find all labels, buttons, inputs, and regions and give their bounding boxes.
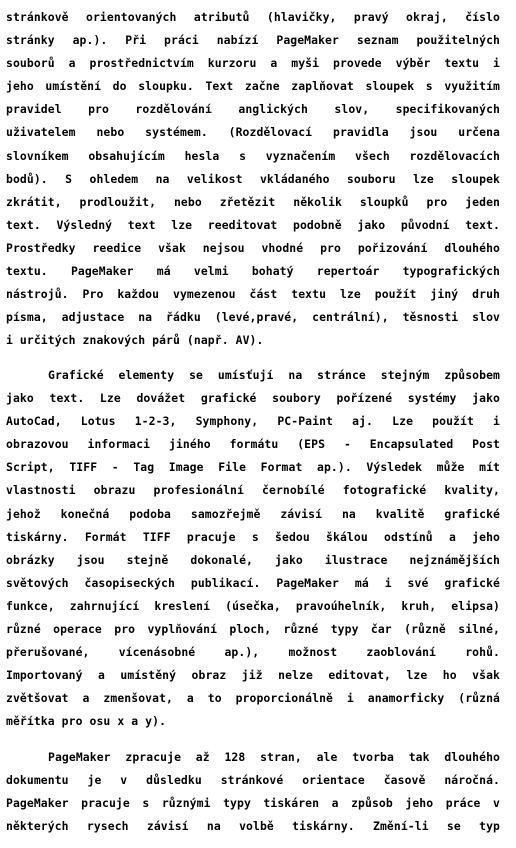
text-line: písma, adjustace na řádku (levé,pravé, c… [6,306,500,329]
text-line: uživatelem nebo systémem. (Rozdělovací p… [6,121,500,144]
paragraph-document-length: PageMaker zpracuje až 128 stran, ale tvo… [6,746,500,838]
text-line: obrazovou informaci jiného formátu (EPS … [6,433,500,456]
text-line: PageMaker zpracuje až 128 stran, ale tvo… [6,746,500,769]
text-line: Script, TIFF - Tag Image File Format ap.… [6,456,500,479]
text-line: stránky ap.). Při práci nabízí PageMaker… [6,29,500,52]
text-line: měřítka pro osu x a y). [6,710,500,733]
text-line: jako text. Lze dovážet grafické soubory … [6,387,500,410]
text-line: pravidel pro rozdělování anglických slov… [6,98,500,121]
text-line: tiskárny. Formát TIFF pracuje s šedou šk… [6,526,500,549]
text-line: Grafické elementy se umísťují na stránce… [6,364,500,387]
text-line: funkce, zahrnující kreslení (úsečka, pra… [6,595,500,618]
text-line: Prostředky reedice však nejsou vhodné pr… [6,237,500,260]
document-page: stránkově orientovaných atributů (hlavič… [0,0,516,848]
paragraph-pagemaker-text-features: stránkově orientovaných atributů (hlavič… [6,6,500,352]
text-line: slovníkem obsahujícím hesla s vyznačením… [6,145,500,168]
text-line: zvětšovat a zmenšovat, a to proporcionál… [6,687,500,710]
text-line: textu. PageMaker má velmi bohatý reperto… [6,260,500,283]
text-line: jeho umístění do sloupku. Text začne zap… [6,75,500,98]
text-line: text. Výsledný text lze reeditovat podob… [6,214,500,237]
text-line: bodů). S ohledem na velikost vkládaného … [6,168,500,191]
text-line: nástrojů. Pro každou vymezenou část text… [6,283,500,306]
text-line: obrázky jsou stejně dokonalé, jako ilust… [6,549,500,572]
text-line: jehož konečná podoba samozřejmě závisí n… [6,503,500,526]
text-line: vlastnosti obrazu profesionální černobíl… [6,479,500,502]
text-line: zkrátit, prodloužit, nebo zřetězit někol… [6,191,500,214]
text-line: přerušované, vícenásobné ap.), možnost z… [6,641,500,664]
text-line: souborů a prostřednictvím kurzoru a myši… [6,52,500,75]
text-line: AutoCad, Lotus 1-2-3, Symphony, PC-Paint… [6,410,500,433]
text-line: některých rysech závisí na volbě tiskárn… [6,815,500,838]
text-line: různé operace pro vyplňování ploch, různ… [6,618,500,641]
text-line: dokumentu je v důsledku stránkové orient… [6,769,500,792]
text-line: PageMaker pracuje s různými typy tiskáre… [6,792,500,815]
text-line: Importovaný a umístěný obraz již nelze e… [6,664,500,687]
text-line: i určitých znakových párů (např. AV). [6,329,500,352]
text-line: světových časopiseckých publikací. PageM… [6,572,500,595]
text-line: stránkově orientovaných atributů (hlavič… [6,6,500,29]
paragraph-graphic-elements: Grafické elementy se umísťují na stránce… [6,364,500,734]
